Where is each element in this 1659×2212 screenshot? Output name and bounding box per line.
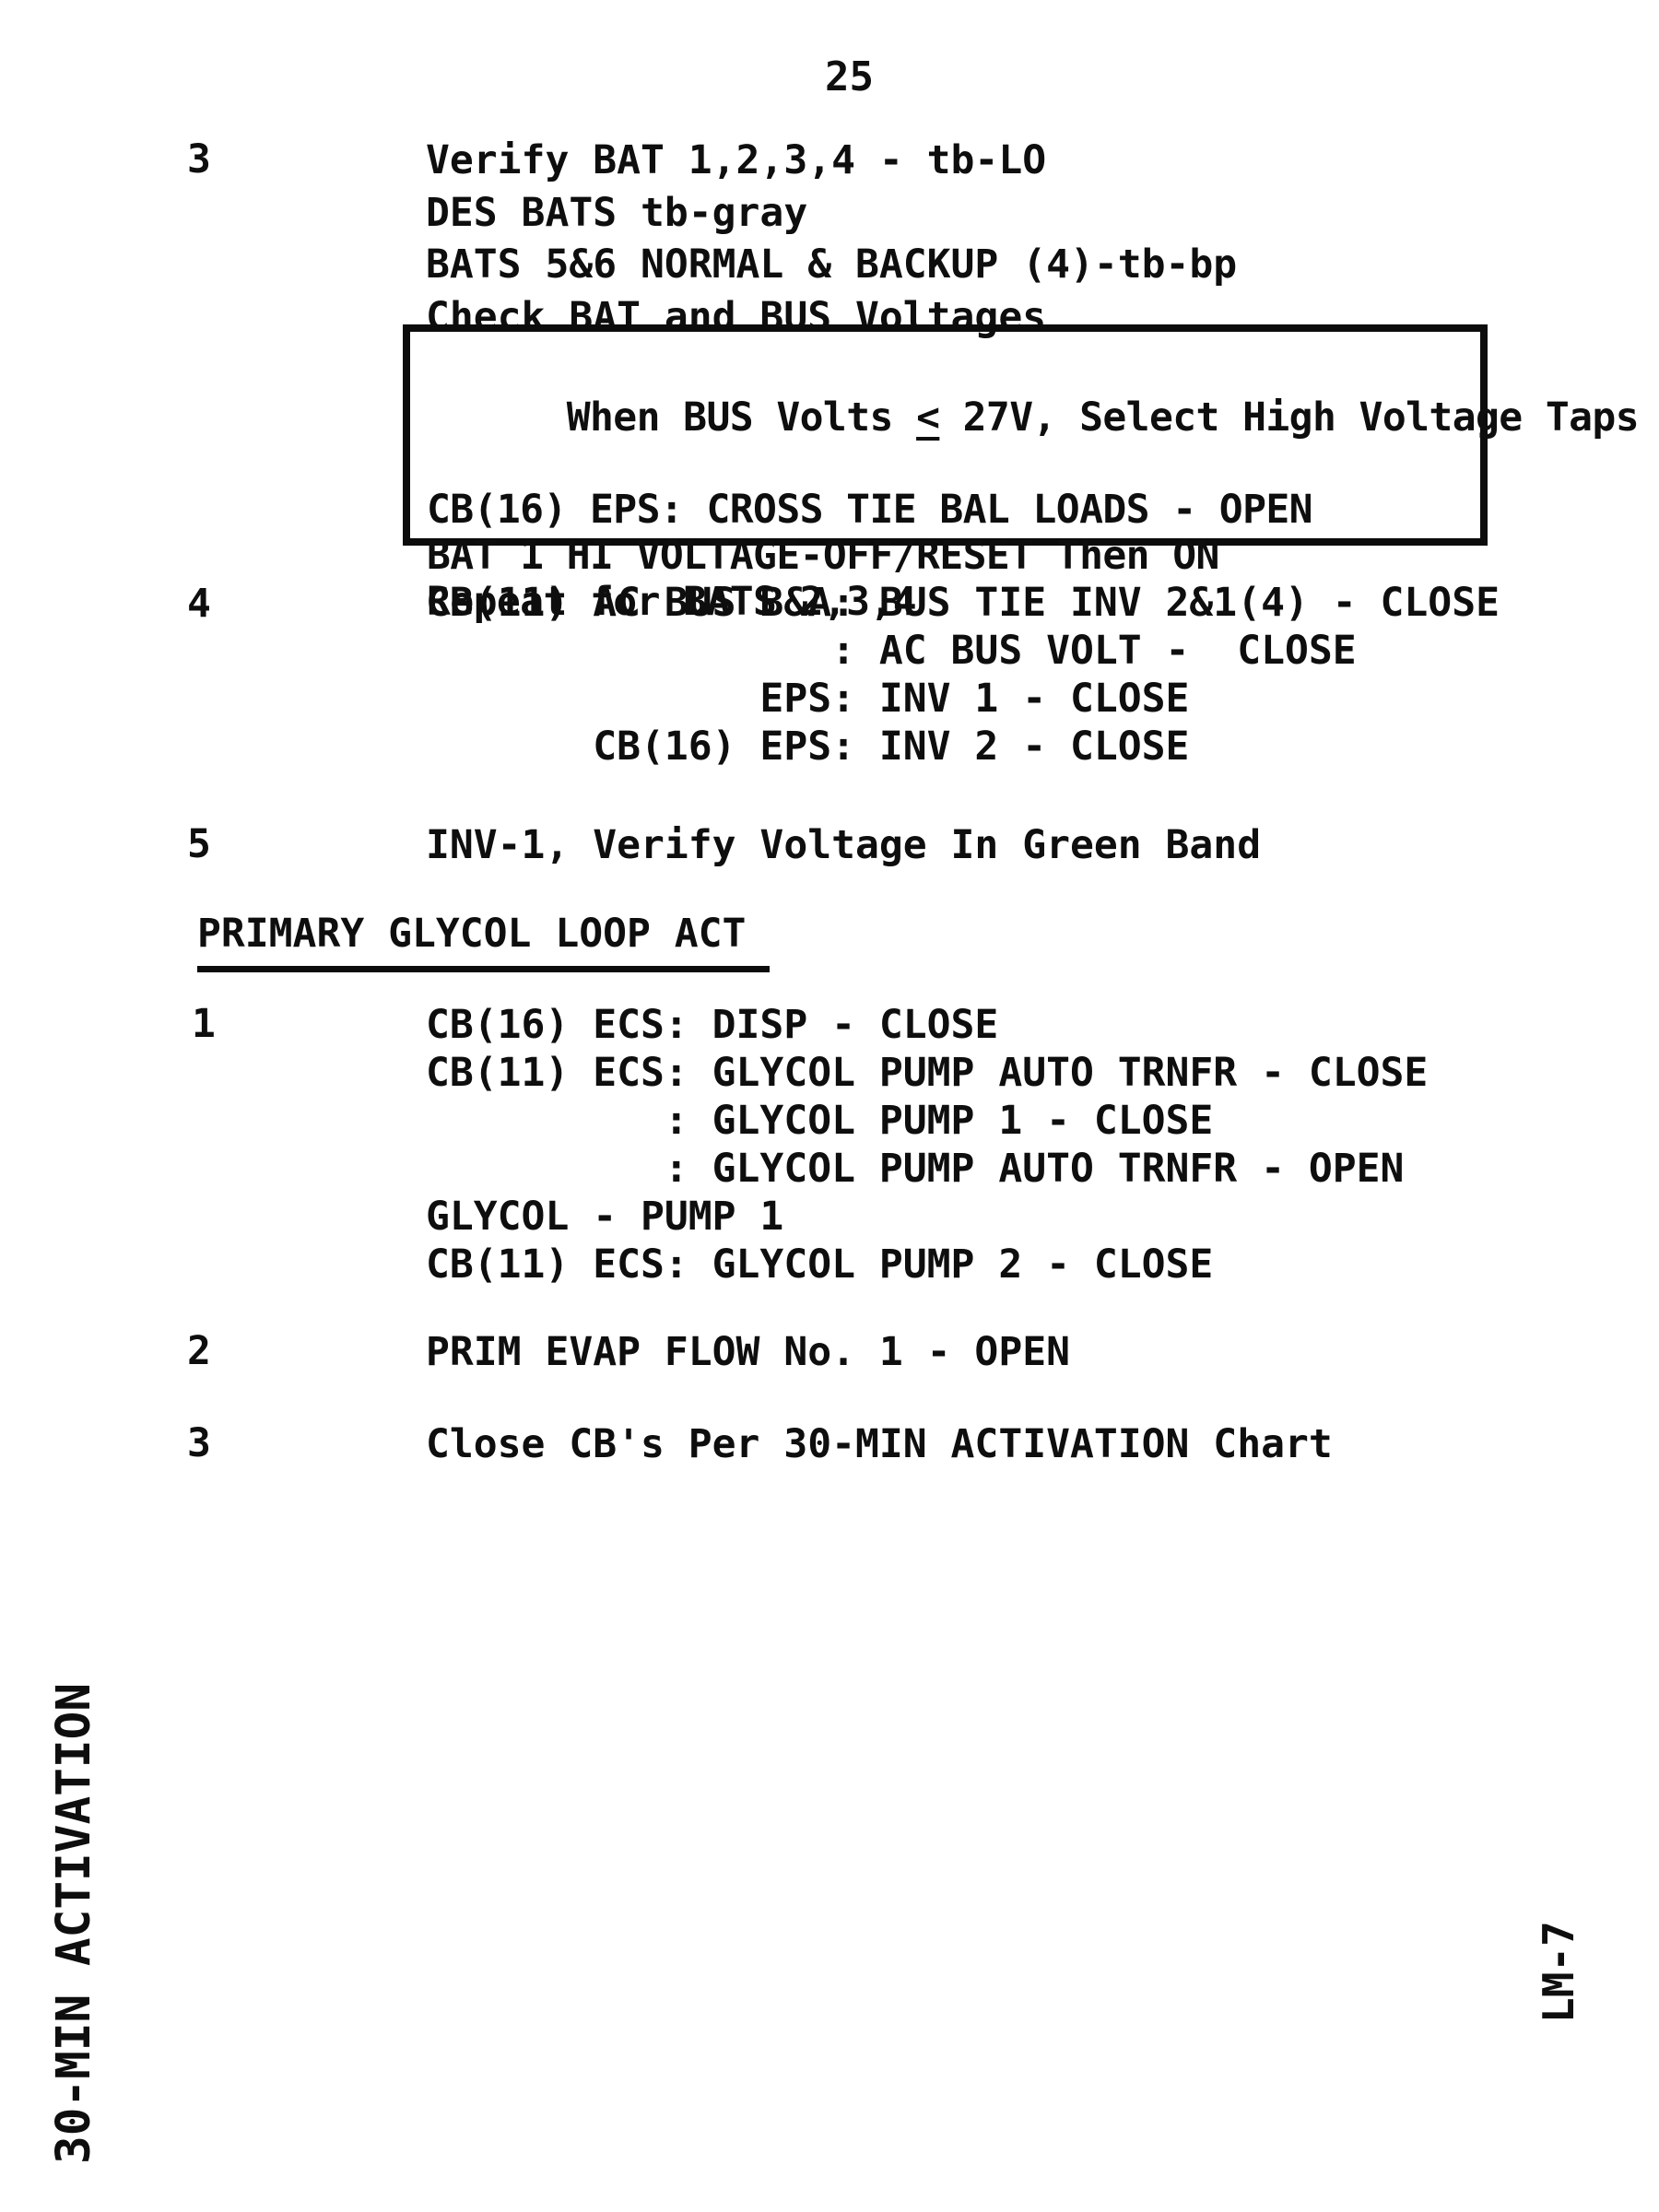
checklist-line: : AC BUS VOLT - CLOSE bbox=[426, 627, 1500, 675]
glycol-step-3-block: Close CB's Per 30-MIN ACTIVATION Chart bbox=[426, 1420, 1333, 1468]
glycol-section: PRIMARY GLYCOL LOOP ACT bbox=[197, 911, 770, 972]
checklist-line: BAT 1 HI VOLTAGE-OFF/RESET Then ON bbox=[427, 533, 1480, 579]
caution-line-suffix: 27V, Select High Voltage Taps bbox=[939, 394, 1639, 441]
checklist-line: When BUS Volts < 27V, Select High Voltag… bbox=[427, 348, 1480, 487]
glycol-step-2-block: PRIM EVAP FLOW No. 1 - OPEN bbox=[426, 1328, 1070, 1376]
checklist-line: EPS: INV 1 - CLOSE bbox=[426, 675, 1500, 723]
step-4-block: CB(11) AC BUS B&A: BUS TIE INV 2&1(4) - … bbox=[426, 579, 1500, 771]
less-than-or-equal-symbol: < bbox=[916, 394, 939, 441]
section-heading: PRIMARY GLYCOL LOOP ACT bbox=[197, 911, 770, 972]
step-number: 3 bbox=[187, 136, 211, 182]
checklist-line: BATS 5&6 NORMAL & BACKUP (4)-tb-bp bbox=[426, 239, 1237, 291]
caution-line-prefix: When BUS Volts bbox=[567, 394, 916, 441]
checklist-line: CB(16) EPS: CROSS TIE BAL LOADS - OPEN bbox=[427, 487, 1480, 533]
checklist-line: Close CB's Per 30-MIN ACTIVATION Chart bbox=[426, 1420, 1333, 1468]
step-5-block: INV-1, Verify Voltage In Green Band bbox=[426, 821, 1261, 869]
checklist-line: PRIM EVAP FLOW No. 1 - OPEN bbox=[426, 1328, 1070, 1376]
high-voltage-caution-box: When BUS Volts < 27V, Select High Voltag… bbox=[403, 324, 1488, 546]
checklist-line: Verify BAT 1,2,3,4 - tb-LO bbox=[426, 135, 1237, 187]
page-number: 25 bbox=[825, 53, 874, 100]
checklist-line: : GLYCOL PUMP AUTO TRNFR - OPEN bbox=[426, 1145, 1428, 1193]
section-tab-vertical-label: 30-MIN ACTIVATION bbox=[51, 1683, 98, 2164]
step-number: 4 bbox=[187, 581, 211, 627]
checklist-line: CB(11) ECS: GLYCOL PUMP 2 - CLOSE bbox=[426, 1241, 1428, 1288]
step-number: 3 bbox=[187, 1420, 211, 1466]
step-number: 1 bbox=[192, 1001, 216, 1047]
step-number: 2 bbox=[187, 1328, 211, 1374]
checklist-line: CB(11) AC BUS B&A: BUS TIE INV 2&1(4) - … bbox=[426, 579, 1500, 627]
basic-date-line: Basic Date 1/6/70 bbox=[1643, 739, 1659, 1392]
checklist-line: GLYCOL - PUMP 1 bbox=[426, 1193, 1428, 1241]
checklist-line: INV-1, Verify Voltage In Green Band bbox=[426, 821, 1261, 869]
checklist-line: CB(16) ECS: DISP - CLOSE bbox=[426, 1001, 1428, 1049]
checklist-line: CB(11) ECS: GLYCOL PUMP AUTO TRNFR - CLO… bbox=[426, 1049, 1428, 1097]
document-id-vertical-label: LM-7 bbox=[1537, 1921, 1580, 2023]
checklist-line: : GLYCOL PUMP 1 - CLOSE bbox=[426, 1097, 1428, 1145]
glycol-step-1-block: CB(16) ECS: DISP - CLOSE CB(11) ECS: GLY… bbox=[426, 1001, 1428, 1288]
step-3-block: Verify BAT 1,2,3,4 - tb-LO DES BATS tb-g… bbox=[426, 135, 1237, 343]
step-number: 5 bbox=[187, 821, 211, 867]
checklist-line: DES BATS tb-gray bbox=[426, 187, 1237, 240]
checklist-line: CB(16) EPS: INV 2 - CLOSE bbox=[426, 723, 1500, 771]
date-block: Basic Date 1/6/70 Changed 2/13/70 bbox=[1538, 739, 1659, 1392]
